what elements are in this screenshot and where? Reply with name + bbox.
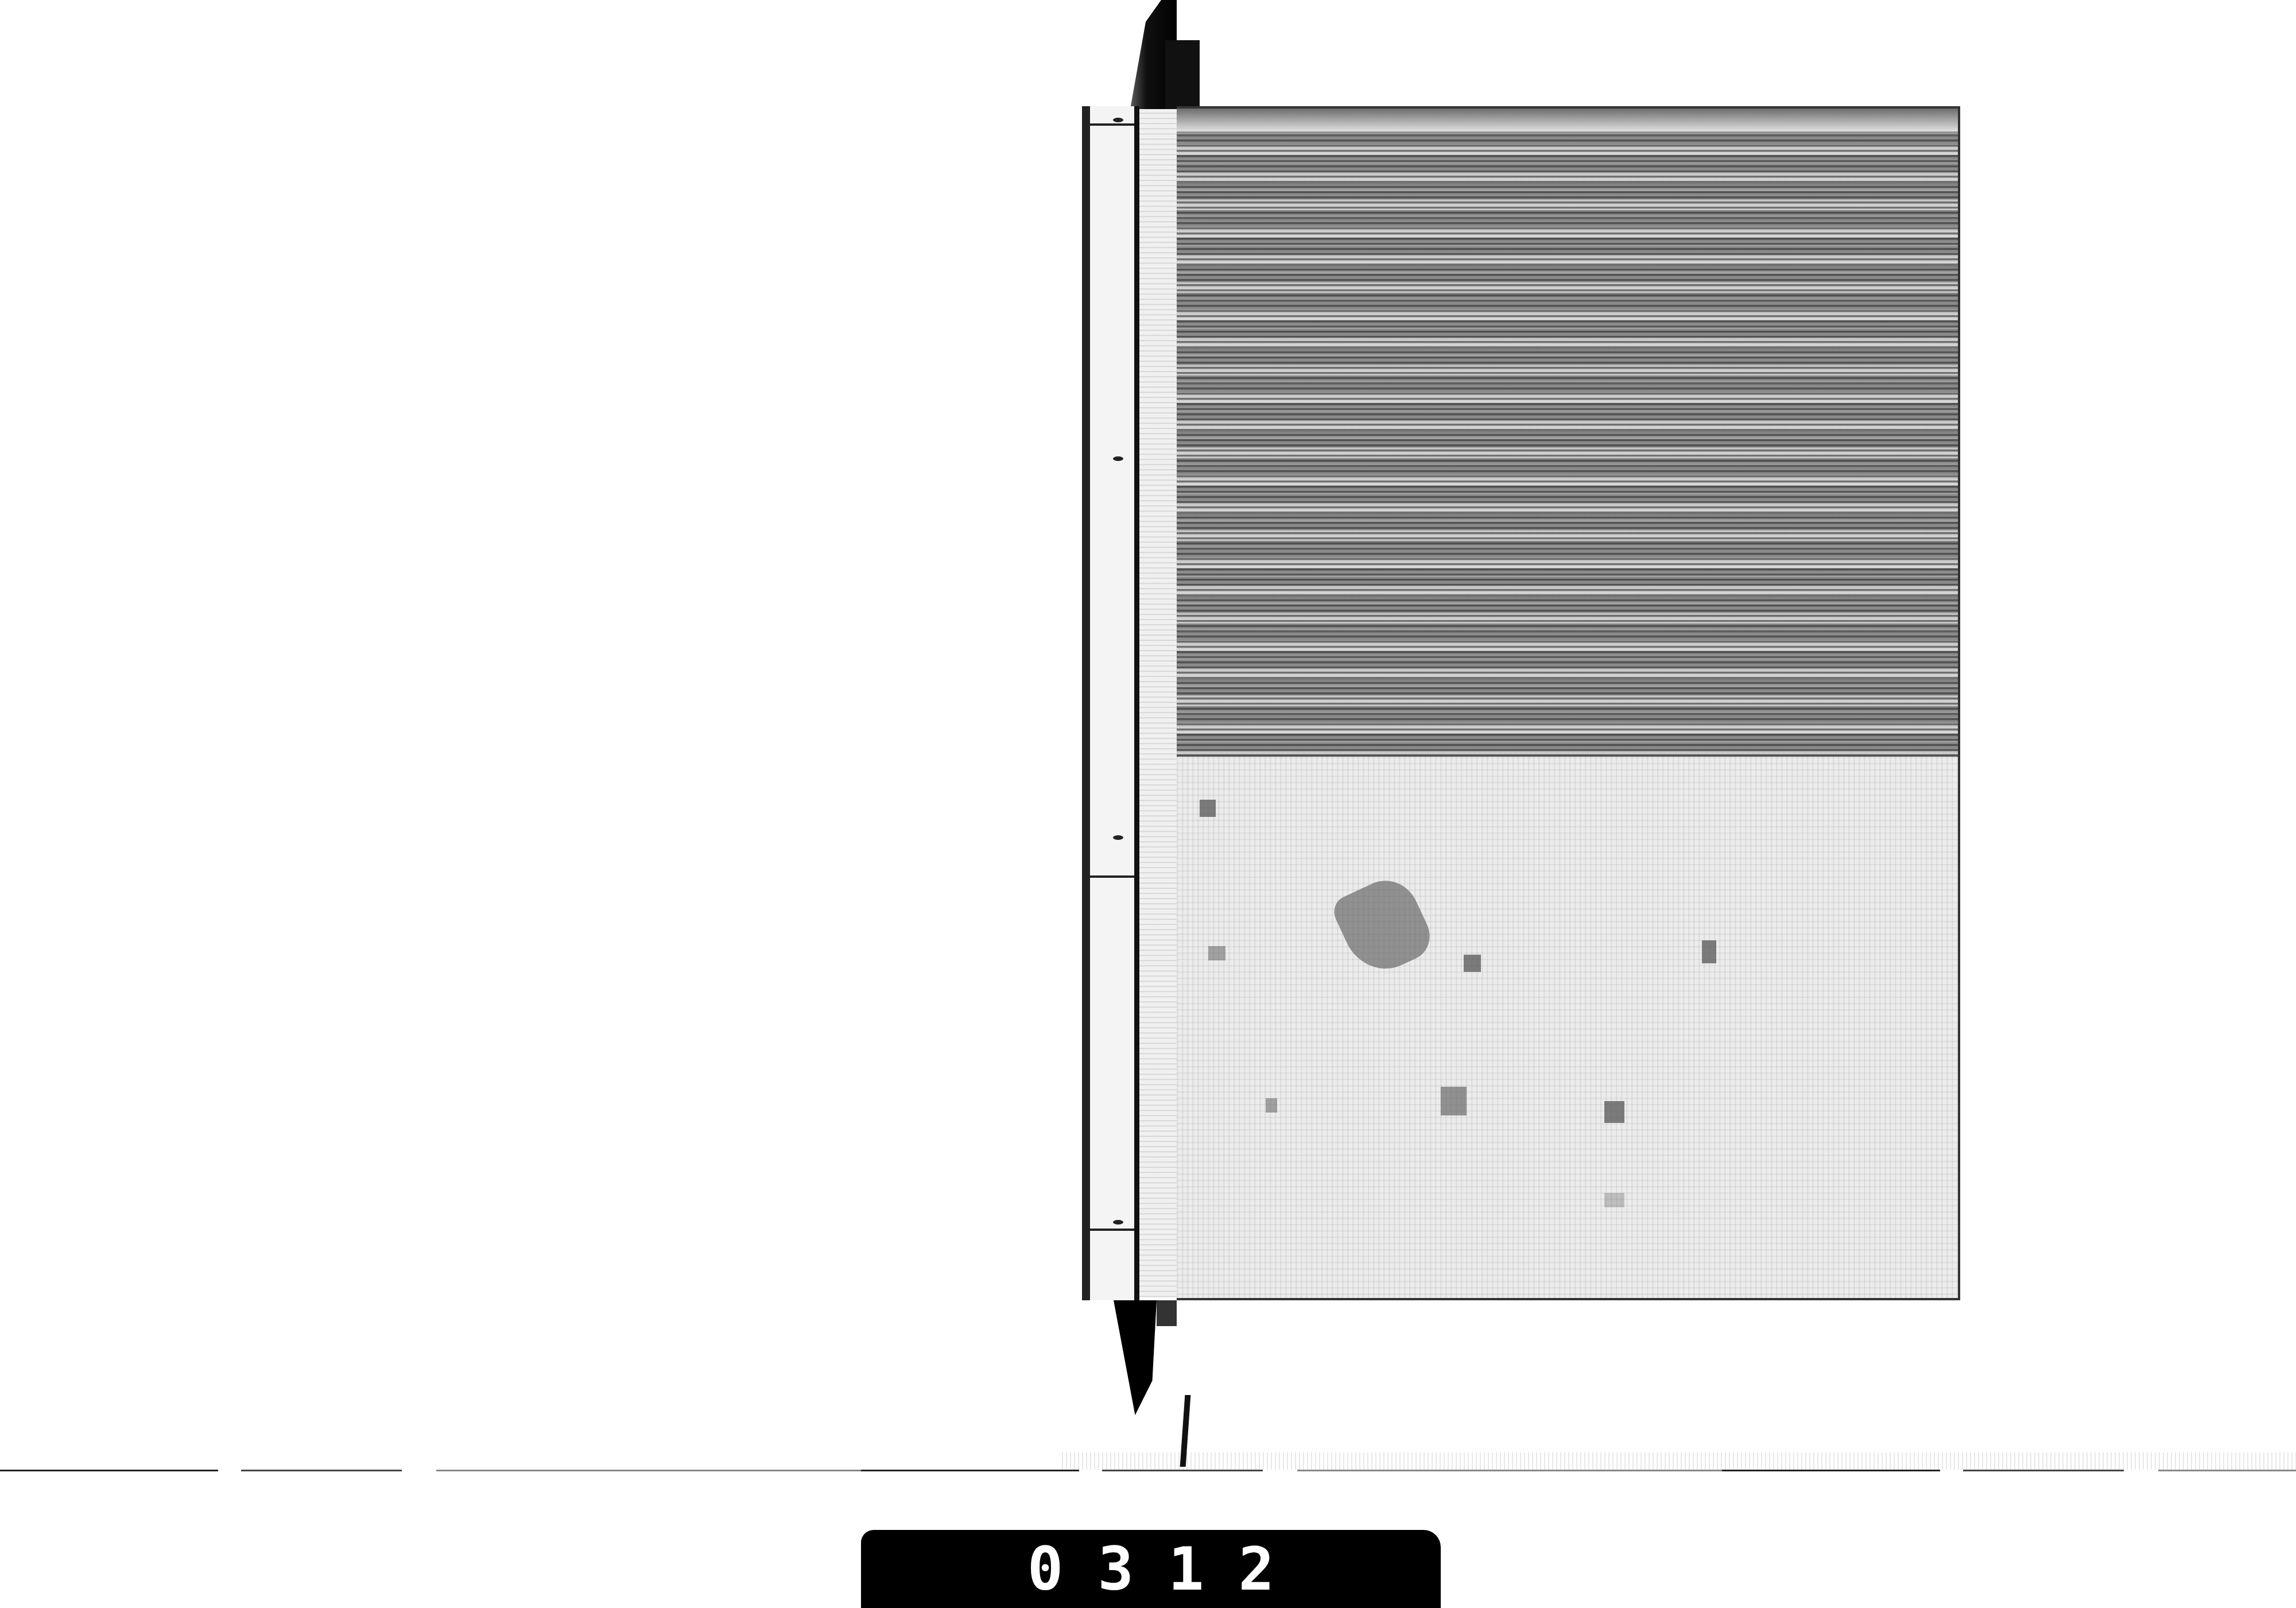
stain-mark <box>1266 1098 1277 1113</box>
stain-mark <box>1702 940 1716 963</box>
film-baseline <box>0 1470 2296 1471</box>
cover-textured-lower-section <box>1177 757 1958 1298</box>
binding-stitch-mark <box>1113 118 1123 122</box>
binding-stitch-mark <box>1113 1220 1123 1225</box>
microfilm-frame: 0312 <box>0 0 2296 1608</box>
spine-band <box>1090 1229 1134 1231</box>
book-cover <box>1177 106 1960 1300</box>
frame-number: 0312 <box>993 1534 1309 1604</box>
stain-mark <box>1604 1101 1624 1123</box>
stain-mark <box>1200 800 1216 817</box>
binding-stitch-mark <box>1113 456 1123 461</box>
book-bottom-shadow <box>1114 1300 1157 1415</box>
stain-mark <box>1441 1087 1467 1115</box>
stain-mark <box>1208 946 1225 960</box>
book-bottom-corner <box>1157 1300 1177 1326</box>
stain-mark <box>1604 1193 1624 1207</box>
stain-mark <box>1329 870 1438 982</box>
page-edges <box>1139 109 1178 1297</box>
binding-stitch-mark <box>1113 835 1123 840</box>
book-spine <box>1082 106 1139 1300</box>
stain-mark <box>1464 955 1481 972</box>
book-top-corner <box>1165 40 1200 109</box>
cover-striped-upper-section <box>1177 109 1958 754</box>
baseline-noise <box>1062 1452 2296 1470</box>
frame-counter-plate: 0312 <box>861 1530 1441 1608</box>
spine-band <box>1090 875 1134 878</box>
spine-band <box>1090 123 1134 126</box>
